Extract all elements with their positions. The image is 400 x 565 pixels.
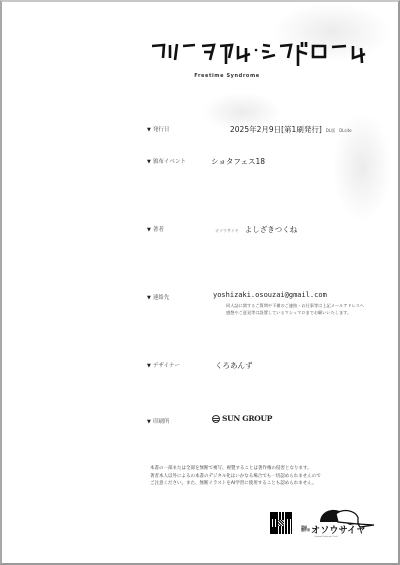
label-publish-date: ▼発行日 — [147, 125, 169, 133]
sun-group-globe-icon — [212, 415, 220, 423]
triangle-marker-icon: ▼ — [147, 227, 151, 233]
value-designer: くろあんず — [215, 360, 253, 371]
legal-notice: 本書の一部または全部を無断で複写、複製することは著作権の侵害となります。 著者本… — [150, 465, 321, 488]
triangle-marker-icon: ▼ — [147, 295, 151, 301]
label-printer: ▼印刷所 — [147, 417, 169, 425]
printer-logo: SUN GROUP — [212, 414, 272, 423]
circle-name-logo: オソウサイヤ — [311, 523, 366, 536]
value-event: ショタフェス18 — [211, 156, 265, 167]
title-logo — [150, 38, 380, 74]
triangle-marker-icon: ▼ — [147, 127, 151, 133]
label-author: ▼著者 — [147, 225, 164, 233]
contact-email-link[interactable]: yoshizaki.osouzai@gmail.com — [213, 291, 327, 299]
label-event: ▼頒布イベント — [147, 157, 186, 165]
triangle-marker-icon: ▼ — [147, 419, 151, 425]
qr-code[interactable] — [270, 512, 292, 534]
edition-note: DL版 DLsite — [326, 128, 352, 133]
circle-name: オソウサイヤ — [215, 228, 239, 233]
value-publish-date: 2025年2月9日[第1刷発行]DL版 DLsite — [230, 124, 352, 135]
contact-note: 同人誌に関するご質問や不備のご連絡・お仕事等は上記メールアドレスへ 感想やご意見… — [226, 302, 364, 316]
title-english: Freetime Syndrome — [2, 73, 400, 79]
value-author: オソウサイヤよしざきつくね — [215, 224, 297, 235]
triangle-marker-icon: ▼ — [147, 363, 151, 369]
triangle-marker-icon: ▼ — [147, 159, 151, 165]
circle-tagline: Original Doujinshi Circle — [314, 536, 338, 538]
circle-prefix: 漫画 製作所 — [301, 526, 310, 533]
colophon-page: Freetime Syndrome ▼発行日 2025年2月9日[第1刷発行]D… — [0, 0, 400, 565]
label-contact: ▼連絡先 — [147, 293, 169, 301]
label-designer: ▼デザイナー — [147, 361, 180, 369]
